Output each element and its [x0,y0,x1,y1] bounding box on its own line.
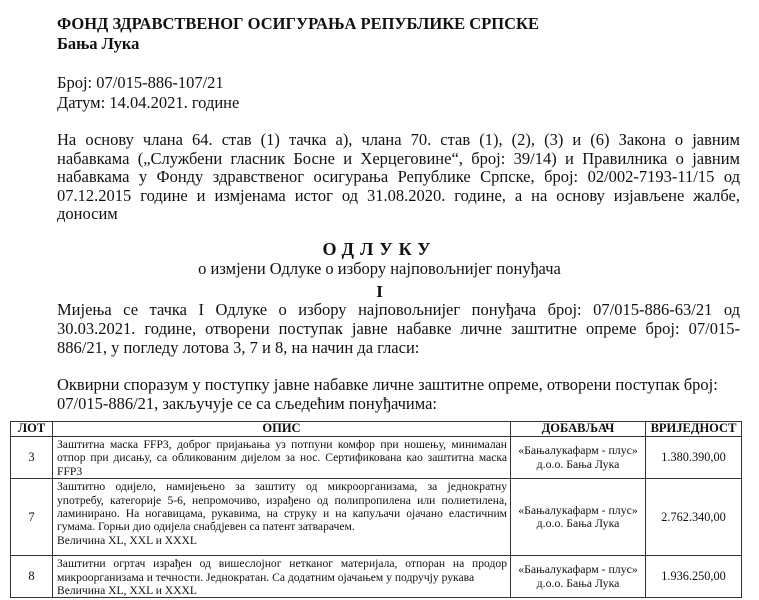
supplier-name: «Бањалукафарм - плус» [511,563,645,576]
framework-line: 07/015-886/21, закључује се са сљедећим … [57,395,740,414]
column-header-lot: ЛОТ [11,422,53,437]
lots-table: ЛОТ ОПИС ДОБАВЉАЧ ВРИЈЕДНОСТ 3 Заштитна … [10,421,742,598]
decision-subtitle: о измјени Одлуке о избору најповољнијег … [0,259,759,279]
section-line: Мијења се тачка I Одлуке о избору најпов… [57,301,740,320]
institution-name: ФОНД ЗДРАВСТВЕНОГ ОСИГУРАЊА РЕПУБЛИКЕ СР… [57,14,539,34]
lot-supplier: «Бањалукафарм - плус» д.о.о. Бања Лука [511,479,646,556]
document-number: Број: 07/015-886-107/21 [57,73,224,93]
description-line: Величина XL, XXL и XXXL [57,584,507,597]
lot-description: Заштитна маска FFP3, доброг пријањања уз… [53,437,511,479]
lot-value: 2.762.340,00 [646,479,742,556]
lot-number: 3 [11,437,53,479]
supplier-city: д.о.о. Бања Лука [511,577,645,590]
column-header-value: ВРИЈЕДНОСТ [646,422,742,437]
table-row: 8 Заштитни огртач израђен од вишеслојног… [11,556,742,598]
description-line: Величина XL, XXL и XXXL [57,534,507,547]
section-number: I [0,282,759,302]
supplier-name: «Бањалукафарм - плус» [511,444,645,457]
description-line: Заштитна маска FFP3, доброг пријањања уз… [57,438,507,451]
supplier-name: «Бањалукафарм - плус» [511,504,645,517]
description-line: употребу, категорије 5-6, непромочиво, и… [57,494,507,507]
preamble-line: доносим [57,205,740,224]
supplier-city: д.о.о. Бања Лука [511,458,645,471]
column-header-supplier: ДОБАВЉАЧ [511,422,646,437]
lot-supplier: «Бањалукафарм - плус» д.о.о. Бања Лука [511,437,646,479]
lot-description: Заштитно одијело, намијењено за заштиту … [53,479,511,556]
preamble-line: 07.12.2015 године и измјенама истог од 3… [57,187,740,206]
description-line: отпор при дисању, са обликованим дијелом… [57,451,507,464]
institution-city: Бања Лука [57,34,139,54]
decision-title: ОДЛУКУ [0,239,759,259]
section-line: 30.03.2021. године, отворени поступак ја… [57,320,740,339]
description-line: микроорганизама и течности. Једнократан.… [57,571,507,584]
column-header-description: ОПИС [53,422,511,437]
lot-number: 8 [11,556,53,598]
lot-description: Заштитни огртач израђен од вишеслојног н… [53,556,511,598]
lot-supplier: «Бањалукафарм - плус» д.о.о. Бања Лука [511,556,646,598]
supplier-city: д.о.о. Бања Лука [511,517,645,530]
table-row: 7 Заштитно одијело, намијењено за заштит… [11,479,742,556]
section-line: 886/21, у погледу лотова 3, 7 и 8, на на… [57,339,740,358]
description-line: FFP3 [57,465,507,478]
description-line: Заштитни огртач израђен од вишеслојног н… [57,557,507,570]
description-line: ламинирано. На ногавицама, рукавима, на … [57,507,507,520]
framework-line: Оквирни споразум у поступку јавне набавк… [57,376,740,395]
lot-value: 1.936.250,00 [646,556,742,598]
table-row: 3 Заштитна маска FFP3, доброг пријањања … [11,437,742,479]
description-line: гумама. Горњи дио одијела снабдјевен са … [57,520,507,533]
lot-value: 1.380.390,00 [646,437,742,479]
lot-number: 7 [11,479,53,556]
table-header-row: ЛОТ ОПИС ДОБАВЉАЧ ВРИЈЕДНОСТ [11,422,742,437]
preamble-line: На основу члана 64. став (1) тачка а), ч… [57,131,740,150]
preamble-line: набавкама („Службени гласник Босне и Хер… [57,150,740,169]
preamble-line: набавкама у Фонду здравственог осигурања… [57,168,740,187]
description-line: Заштитно одијело, намијењено за заштиту … [57,480,507,493]
document-date: Датум: 14.04.2021. године [57,93,239,113]
